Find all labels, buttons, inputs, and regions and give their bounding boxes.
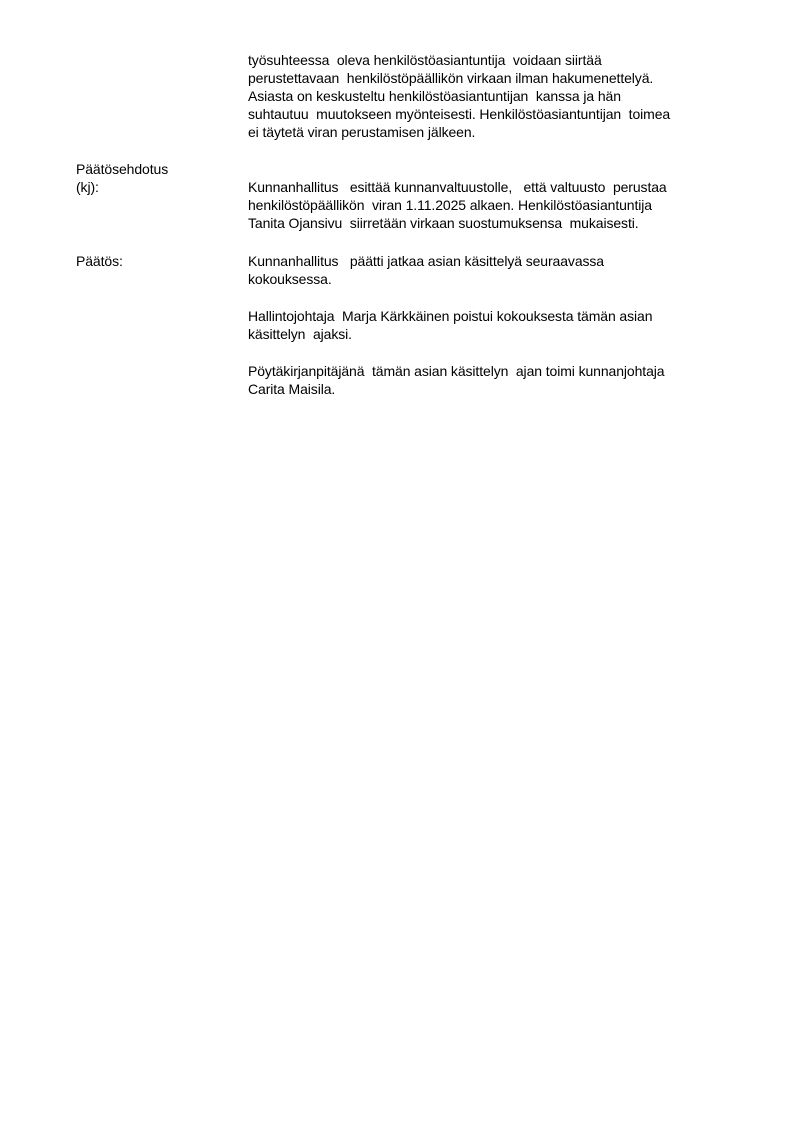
proposal-label: Päätösehdotus: [76, 160, 168, 178]
intro-line: perustettavaan henkilöstöpäällikön virka…: [248, 69, 653, 87]
decision-line: kokouksessa.: [248, 270, 332, 288]
decision-line: käsittelyn ajaksi.: [248, 325, 352, 343]
proposal-line: Tanita Ojansivu siirretään virkaan suost…: [248, 214, 639, 232]
decision-line: Pöytäkirjanpitäjänä tämän asian käsittel…: [248, 362, 664, 380]
intro-line: Asiasta on keskusteltu henkilöstöasiantu…: [248, 87, 621, 105]
decision-label: Päätös:: [76, 252, 123, 270]
decision-line: Kunnanhallitus päätti jatkaa asian käsit…: [248, 252, 604, 270]
proposal-label-suffix: (kj):: [76, 178, 99, 196]
proposal-line: henkilöstöpäällikön viran 1.11.2025 alka…: [248, 196, 652, 214]
decision-line: Carita Maisila.: [248, 380, 335, 398]
proposal-line: Kunnanhallitus esittää kunnanvaltuustoll…: [248, 178, 667, 196]
decision-line: Hallintojohtaja Marja Kärkkäinen poistui…: [248, 307, 652, 325]
intro-line: työsuhteessa oleva henkilöstöasiantuntij…: [248, 51, 602, 69]
intro-line: ei täytetä viran perustamisen jälkeen.: [248, 123, 475, 141]
intro-line: suhtautuu muutokseen myönteisesti. Henki…: [248, 105, 670, 123]
